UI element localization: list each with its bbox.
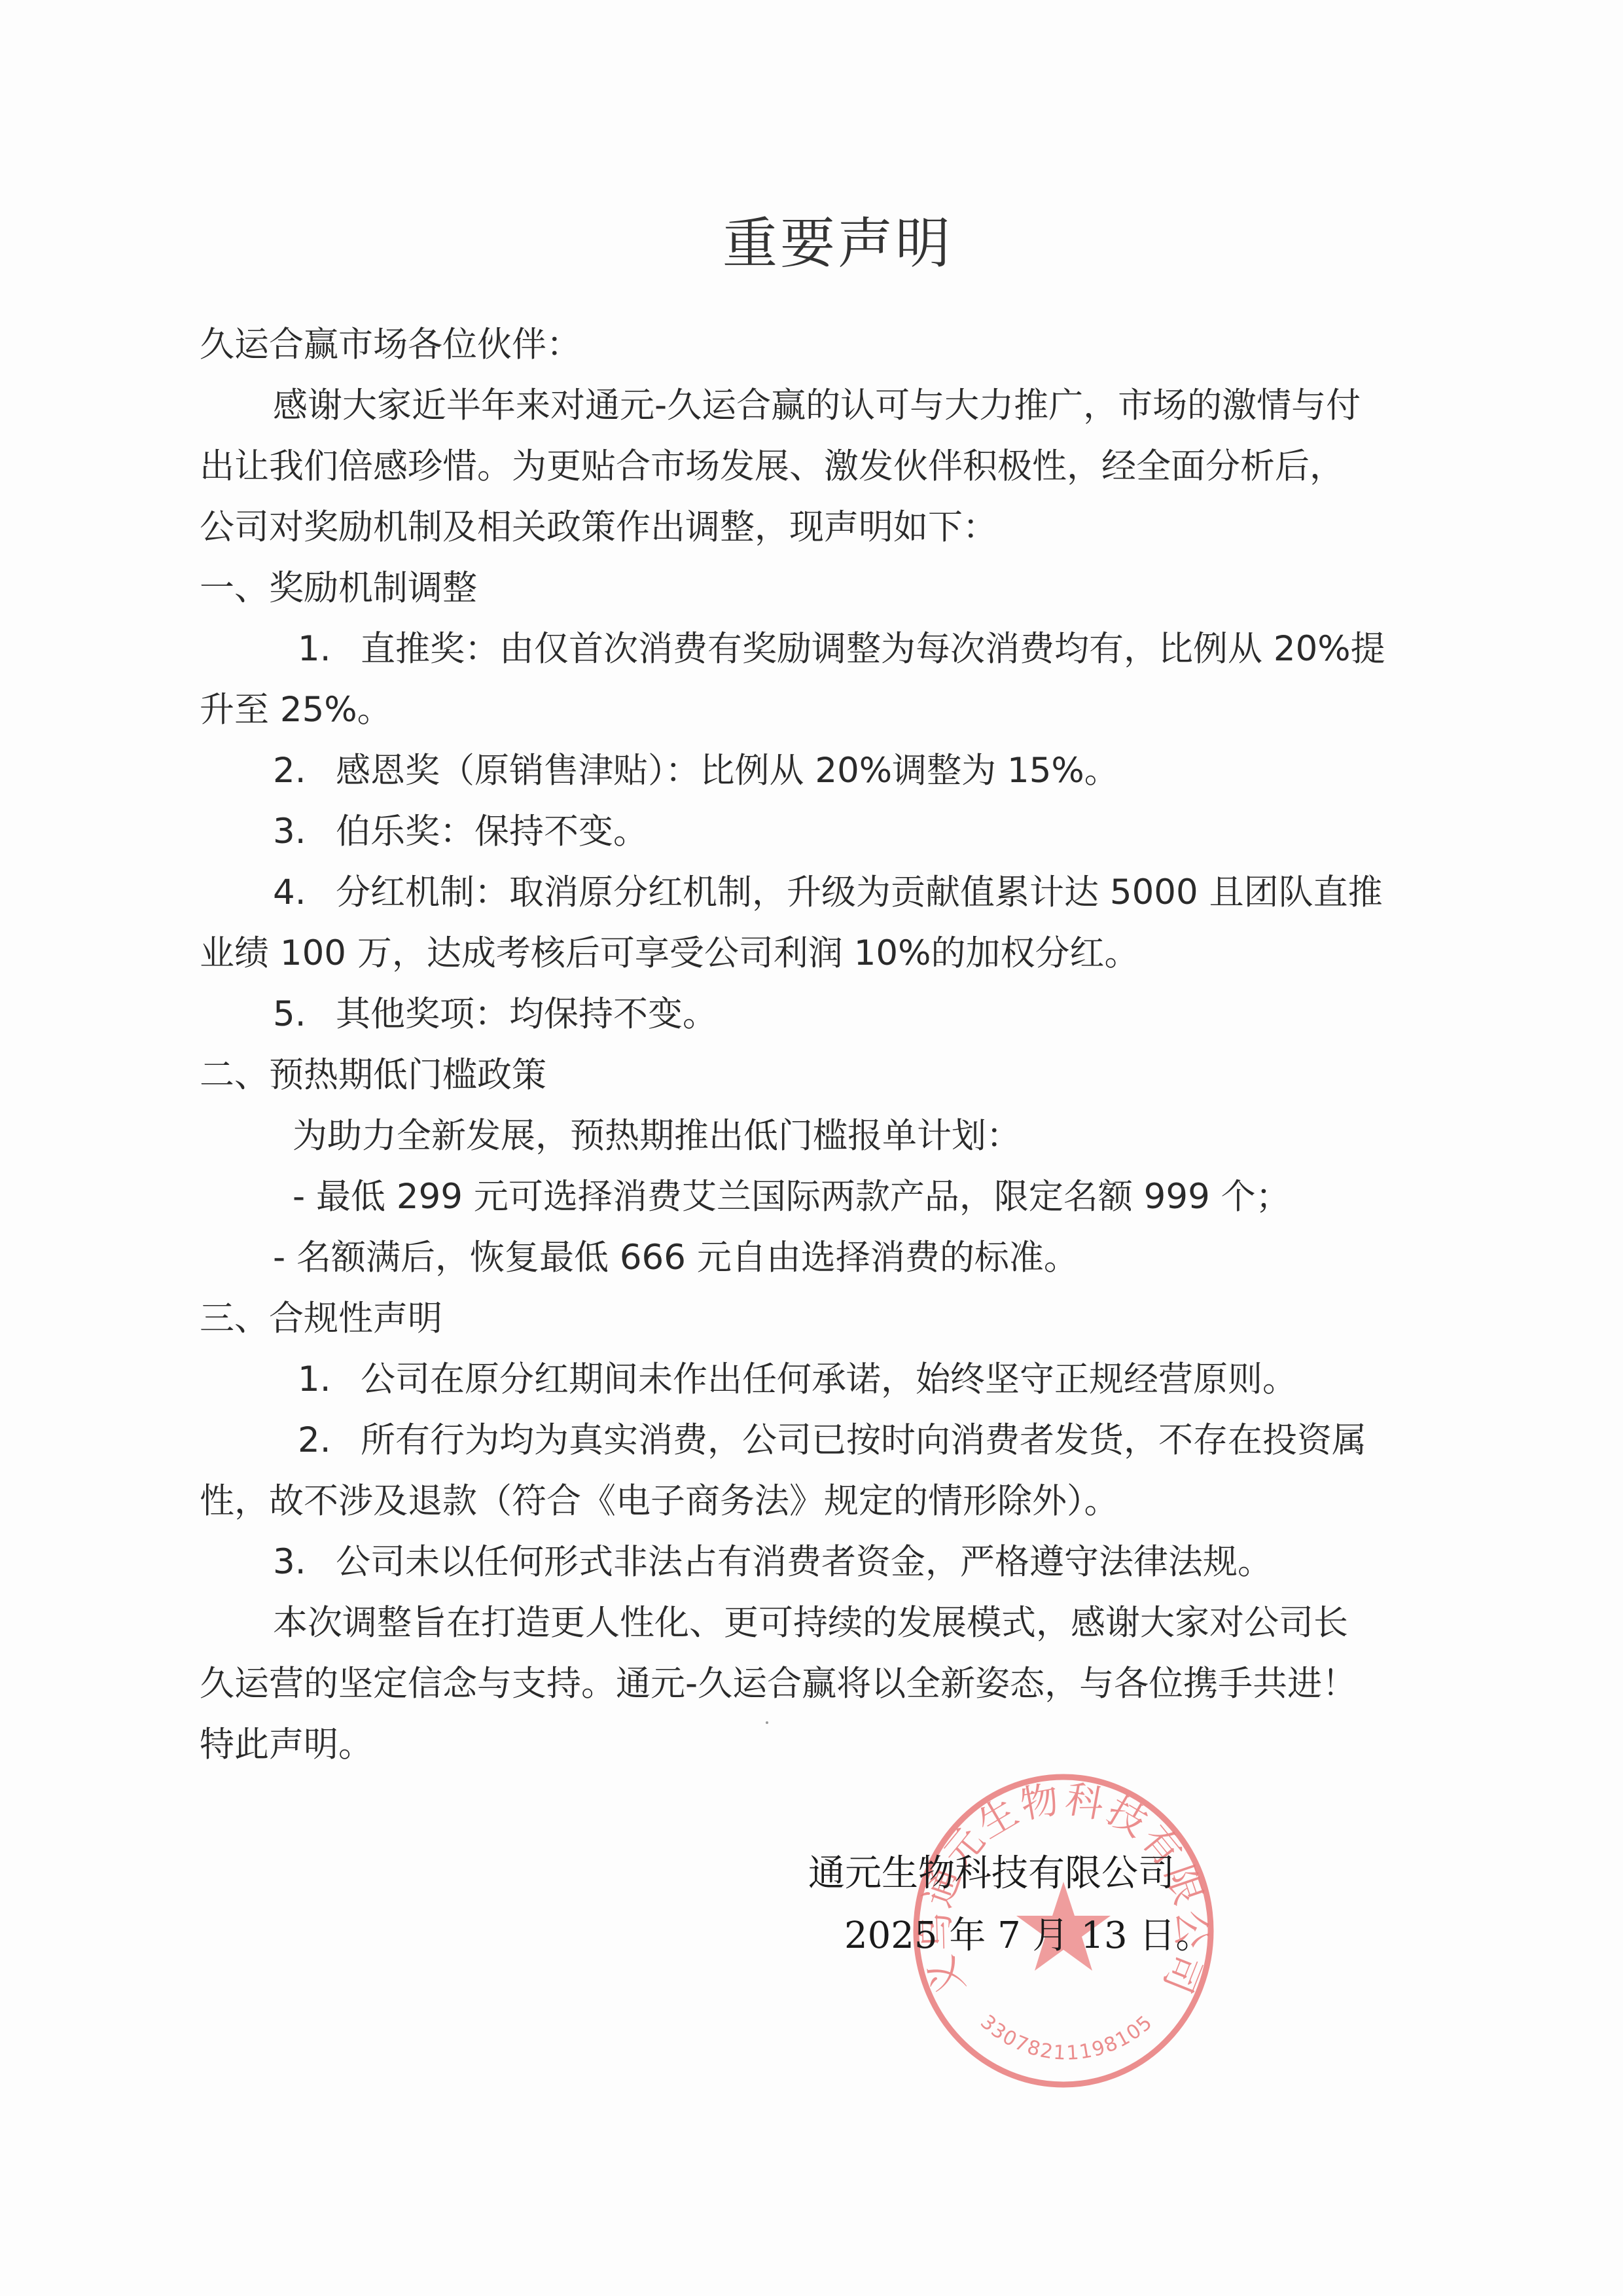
svg-text:33078211198105: 33078211198105 xyxy=(976,2011,1158,2065)
reward-item: 5.其他奖项：均保持不变。 xyxy=(200,984,1456,1045)
item-number: 4. xyxy=(273,862,336,923)
preheat-intro: 为助力全新发展，预热期推出低门槛报单计划： xyxy=(200,1105,1456,1166)
item-number: 1. xyxy=(298,619,361,679)
reward-item: 2.感恩奖（原销售津贴）：比例从 20%调整为 15%。 xyxy=(200,740,1456,801)
section-heading-rewards: 一、奖励机制调整 xyxy=(200,558,1456,619)
intro-line: 公司对奖励机制及相关政策作出调整，现声明如下： xyxy=(200,497,1456,558)
item-text: 伯乐奖：保持不变。 xyxy=(336,812,648,852)
preheat-bullet: - 最低 299 元可选择消费艾兰国际两款产品，限定名额 999 个； xyxy=(200,1166,1456,1227)
reward-item: 1.直推奖：由仅首次消费有奖励调整为每次消费均有，比例从 20%提 xyxy=(200,619,1456,679)
section-heading-compliance: 三、合规性声明 xyxy=(200,1288,1456,1349)
item-number: 3. xyxy=(273,1532,336,1592)
signature-block: 通元生物科技有限公司 2025 年 7 月 13 日。 xyxy=(808,1842,1212,1967)
compliance-item: 2.所有行为均为真实消费，公司已按时向消费者发货，不存在投资属 xyxy=(200,1410,1456,1471)
compliance-item: 1.公司在原分红期间未作出任何承诺，始终坚守正规经营原则。 xyxy=(200,1349,1456,1410)
item-number: 2. xyxy=(273,740,336,801)
closing-line: 特此声明。 xyxy=(200,1714,1456,1775)
compliance-item-cont: 性，故不涉及退款（符合《电子商务法》规定的情形除外）。 xyxy=(200,1471,1456,1532)
closing-line: 久运营的坚定信念与支持。通元-久运合赢将以全新姿态，与各位携手共进！ xyxy=(200,1653,1456,1714)
item-text: 感恩奖（原销售津贴）：比例从 20%调整为 15%。 xyxy=(336,751,1119,791)
item-text: 分红机制：取消原分红机制，升级为贡献值累计达 5000 且团队直推 xyxy=(336,872,1383,912)
document-body: 久运合赢市场各位伙伴： 感谢大家近半年来对通元-久运合赢的认可与大力推广，市场的… xyxy=(200,314,1456,1775)
item-number: 1. xyxy=(298,1349,361,1410)
reward-item: 3.伯乐奖：保持不变。 xyxy=(200,801,1456,862)
page-title: 重要声明 xyxy=(0,200,1623,279)
item-text: 直推奖：由仅首次消费有奖励调整为每次消费均有，比例从 20%提 xyxy=(361,629,1385,669)
signature-date: 2025 年 7 月 13 日。 xyxy=(808,1905,1212,1967)
item-text: 所有行为均为真实消费，公司已按时向消费者发货，不存在投资属 xyxy=(361,1420,1366,1460)
salutation: 久运合赢市场各位伙伴： xyxy=(200,314,1456,375)
item-number: 2. xyxy=(298,1410,361,1471)
preheat-bullet: - 名额满后，恢复最低 666 元自由选择消费的标准。 xyxy=(200,1227,1456,1288)
item-text: 其他奖项：均保持不变。 xyxy=(336,994,717,1034)
reward-item-cont: 业绩 100 万，达成考核后可享受公司利润 10%的加权分红。 xyxy=(200,923,1456,984)
document-page: 重要声明 久运合赢市场各位伙伴： 感谢大家近半年来对通元-久运合赢的认可与大力推… xyxy=(0,0,1623,2296)
intro-line: 感谢大家近半年来对通元-久运合赢的认可与大力推广，市场的激情与付 xyxy=(200,375,1456,436)
compliance-item: 3.公司未以任何形式非法占有消费者资金，严格遵守法律法规。 xyxy=(200,1532,1456,1592)
item-text: 公司未以任何形式非法占有消费者资金，严格遵守法律法规。 xyxy=(336,1542,1272,1582)
closing-line: 本次调整旨在打造更人性化、更可持续的发展模式，感谢大家对公司长 xyxy=(200,1592,1456,1653)
reward-item-cont: 升至 25%。 xyxy=(200,679,1456,740)
intro-line: 出让我们倍感珍惜。为更贴合市场发展、激发伙伴积极性，经全面分析后， xyxy=(200,436,1456,497)
item-text: 公司在原分红期间未作出任何承诺，始终坚守正规经营原则。 xyxy=(361,1359,1297,1399)
item-number: 5. xyxy=(273,984,336,1045)
item-number: 3. xyxy=(273,801,336,862)
signature-company: 通元生物科技有限公司 xyxy=(808,1842,1212,1905)
section-heading-preheat: 二、预热期低门槛政策 xyxy=(200,1045,1456,1105)
reward-item: 4.分红机制：取消原分红机制，升级为贡献值累计达 5000 且团队直推 xyxy=(200,862,1456,923)
scan-speck xyxy=(766,1721,768,1724)
